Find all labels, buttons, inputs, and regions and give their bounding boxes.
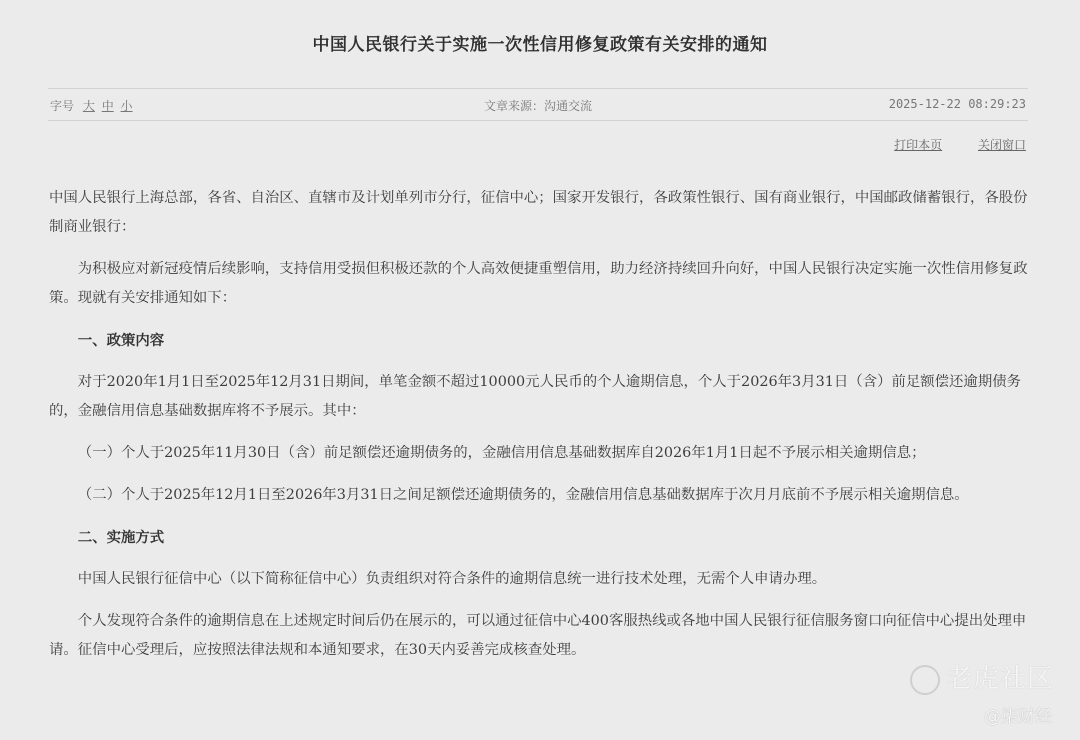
section-heading-policy: 一、政策内容 [49,326,1029,355]
article-source: 文章来源：沟通交流 [48,97,1028,114]
implementation-paragraph-1: 中国人民银行征信中心（以下简称征信中心）负责组织对符合条件的逾期信息统一进行技术… [49,565,1029,594]
watermark-secondary: @柒财经 [984,702,1052,727]
section-heading-implementation: 二、实施方式 [49,523,1029,552]
article-title: 中国人民银行关于实施一次性信用修复政策有关安排的通知 [0,30,1080,55]
page-actions: 打印本页 关闭窗口 [862,136,1026,153]
article-meta-bar: 字号 大 中 小 文章来源：沟通交流 2025-12-22 08:29:23 [48,88,1028,121]
intro-paragraph: 为积极应对新冠疫情后续影响，支持信用受损但积极还款的个人高效便捷重塑信用，助力经… [49,255,1029,313]
print-page-link[interactable]: 打印本页 [894,138,942,152]
recipients-paragraph: 中国人民银行上海总部，各省、自治区、直辖市及计划单列市分行，征信中心；国家开发银… [49,184,1029,242]
watermark-primary-text: 老虎社区 [946,664,1054,694]
policy-item-2: （二）个人于2025年12月1日至2026年3月31日之间足额偿还逾期债务的，金… [49,481,1029,510]
article-body: 中国人民银行上海总部，各省、自治区、直辖市及计划单列市分行，征信中心；国家开发银… [49,184,1029,678]
publish-datetime: 2025-12-22 08:29:23 [889,97,1026,111]
watermark-logo-icon [910,665,940,695]
close-window-link[interactable]: 关闭窗口 [978,138,1026,152]
policy-item-1: （一）个人于2025年11月30日（含）前足额偿还逾期债务的，金融信用信息基础数… [49,439,1029,468]
policy-paragraph: 对于2020年1月1日至2025年12月31日期间，单笔金额不超过10000元人… [49,368,1029,426]
watermark-primary: 老虎社区 [910,658,1054,695]
implementation-paragraph-2: 个人发现符合条件的逾期信息在上述规定时间后仍在展示的，可以通过征信中心400客服… [49,607,1029,665]
